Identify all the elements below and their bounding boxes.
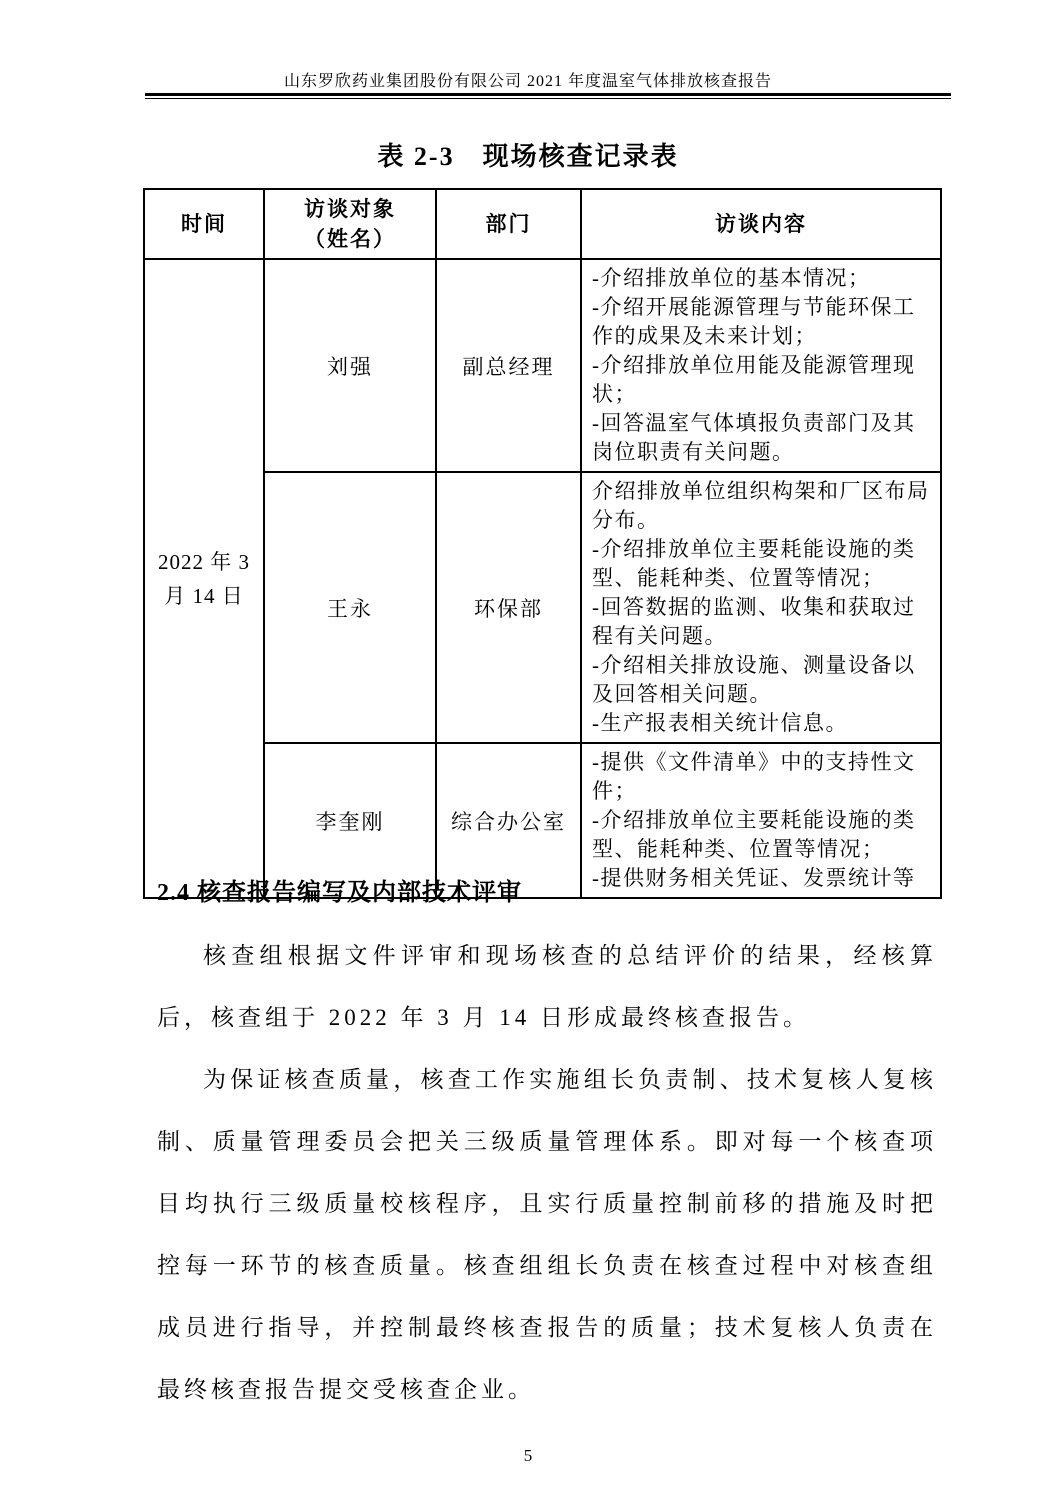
- col-header-interviewee: 访谈对象 （姓名）: [264, 189, 436, 259]
- time-cell: 2022 年 3 月 14 日: [144, 259, 264, 898]
- department-cell: 环保部: [436, 472, 581, 743]
- table-header-row: 时间 访谈对象 （姓名） 部门 访谈内容: [144, 189, 941, 259]
- department-cell: 副总经理: [436, 259, 581, 472]
- interview-content-cell: -提供《文件清单》中的支持性文件； -介绍排放单位主要耗能设施的类型、能耗种类、…: [581, 743, 941, 898]
- paragraph: 为保证核查质量，核查工作实施组长负责制、技术复核人复核制、质量管理委员会把关三级…: [157, 1049, 937, 1421]
- running-header-text: 山东罗欣药业集团股份有限公司 2021 年度温室气体排放核查报告: [284, 73, 772, 90]
- interview-content-cell: -介绍排放单位的基本情况； -介绍开展能源管理与节能环保工作的成果及未来计划； …: [581, 259, 941, 472]
- interviewee-cell: 刘强: [264, 259, 436, 472]
- col-header-content: 访谈内容: [581, 189, 941, 259]
- interview-content-cell: 介绍排放单位组织构架和厂区布局分布。 -介绍排放单位主要耗能设施的类型、能耗种类…: [581, 472, 941, 743]
- section-body: 核查组根据文件评审和现场核查的总结评价的结果，经核算后，核查组于 2022 年 …: [157, 925, 937, 1421]
- section-heading: 2.4 核查报告编写及内部技术评审: [157, 872, 522, 907]
- site-visit-record-table: 时间 访谈对象 （姓名） 部门 访谈内容 2022 年 3 月 14 日 刘强 …: [143, 188, 942, 899]
- header-divider: [145, 93, 951, 99]
- table-row: 王永 环保部 介绍排放单位组织构架和厂区布局分布。 -介绍排放单位主要耗能设施的…: [144, 472, 941, 743]
- running-header: 山东罗欣药业集团股份有限公司 2021 年度温室气体排放核查报告: [0, 68, 1056, 91]
- col-header-time: 时间: [144, 189, 264, 259]
- table-row: 2022 年 3 月 14 日 刘强 副总经理 -介绍排放单位的基本情况； -介…: [144, 259, 941, 472]
- page-number: 5: [0, 1446, 1056, 1466]
- document-page: 山东罗欣药业集团股份有限公司 2021 年度温室气体排放核查报告 表 2-3 现…: [0, 0, 1056, 1506]
- interviewee-cell: 王永: [264, 472, 436, 743]
- paragraph: 核查组根据文件评审和现场核查的总结评价的结果，经核算后，核查组于 2022 年 …: [157, 925, 937, 1049]
- site-visit-record-table-wrap: 时间 访谈对象 （姓名） 部门 访谈内容 2022 年 3 月 14 日 刘强 …: [143, 188, 942, 899]
- table-title: 表 2-3 现场核查记录表: [0, 136, 1056, 173]
- col-header-department: 部门: [436, 189, 581, 259]
